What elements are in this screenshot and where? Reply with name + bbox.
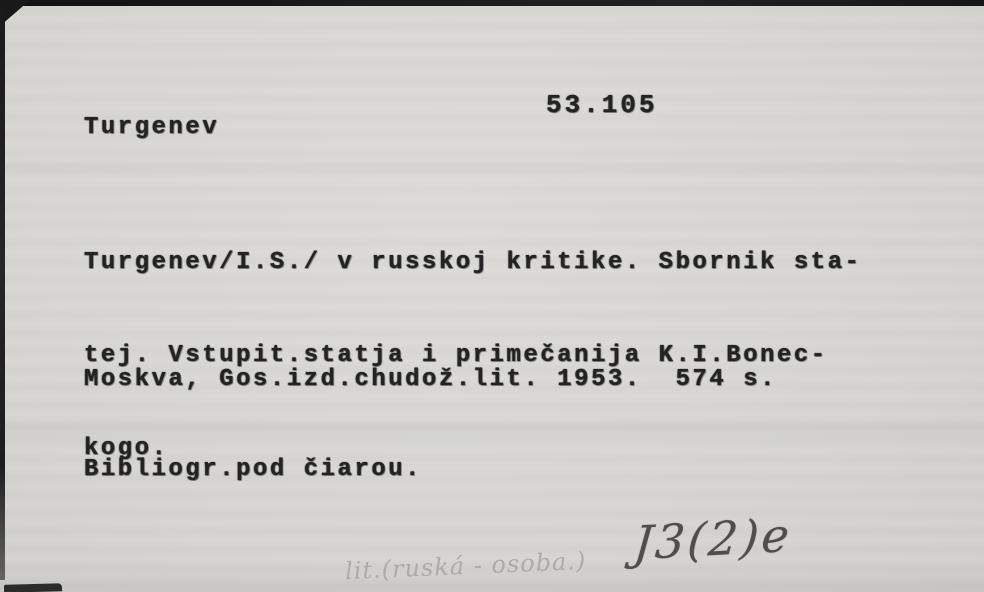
imprint-block: Moskva, Gos.izd.chudož.lit. 1953. 574 s.… [84,305,777,545]
scan-bottom-left-mark [4,583,62,592]
title-line: Turgenev/I.S./ v russkoj kritike. Sborni… [84,247,862,278]
imprint-line: Moskva, Gos.izd.chudož.lit. 1953. 574 s. [84,365,777,395]
imprint-line: Bibliogr.pod čiarou. [84,455,777,485]
handwritten-classmark: J3(2)e [632,508,795,571]
handwritten-pencil-note: lit.(ruská - osoba.) [345,547,587,586]
catalog-card-scan: 53.105 Turgenev Turgenev/I.S./ v russkoj… [0,0,984,592]
scan-top-edge [0,0,984,6]
scan-left-edge [0,4,5,580]
author-heading: Turgenev [84,112,219,143]
call-number: 53.105 [546,90,658,121]
